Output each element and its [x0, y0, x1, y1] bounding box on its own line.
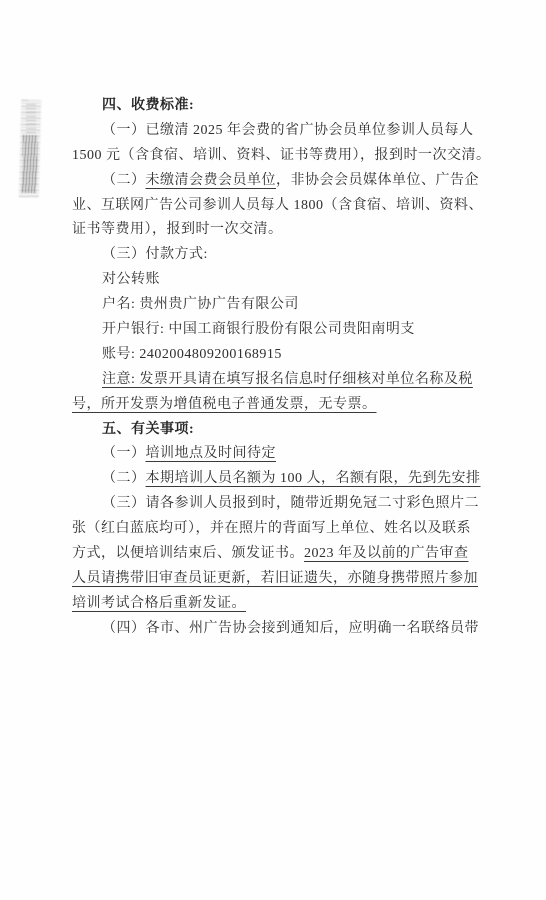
- text-run: 张（红白蓝底均可），并在照片的背面写上单位、姓名以及联系: [72, 521, 471, 536]
- document-line: 业、互联网广告公司参训人员每人 1800（含食宿、培训、资料、: [72, 194, 478, 219]
- document-line: 1500 元（含食宿、培训、资料、证书等费用），报到时一次交清。: [72, 144, 478, 169]
- document-line: 对公转账: [72, 268, 478, 293]
- scan-artifact-smudge-core: [21, 135, 38, 193]
- text-run: 1500 元（含食宿、培训、资料、证书等费用），报到时一次交清。: [72, 148, 491, 163]
- document-line: （一）培训地点及时间待定: [72, 442, 478, 467]
- text-run: （二）: [102, 173, 146, 188]
- section-heading: 五、有关事项:: [72, 418, 478, 443]
- document-line: 方式，以便培训结束后、颁发证书。2023 年及以前的广告审查: [72, 542, 478, 567]
- text-run: 业、互联网广告公司参训人员每人 1800（含食宿、培训、资料、: [72, 198, 483, 213]
- text-run: （三）付款方式:: [102, 247, 208, 262]
- underlined-text: 培训考试合格后重新发证。: [72, 596, 246, 611]
- text-run: （一）已缴清 2025 年会费的省广协会员单位参训人员每人: [102, 123, 474, 138]
- document-line: 人员请携带旧审查员证更新，若旧证遗失，亦随身携带照片参加: [72, 567, 478, 592]
- document-line: 号，所开发票为增值税电子普通发票，无专票。: [72, 393, 478, 418]
- underlined-text: 本期培训人员名额为 100 人，名额有限，先到先安排: [146, 471, 481, 486]
- document-line: 开户银行: 中国工商银行股份有限公司贵阳南明支: [72, 318, 478, 343]
- text-run: 户名: 贵州贵广协广告有限公司: [102, 297, 299, 312]
- document-line: （一）已缴清 2025 年会费的省广协会员单位参训人员每人: [72, 119, 478, 144]
- scan-artifact-smudge-top: [26, 104, 36, 134]
- document-line: 户名: 贵州贵广协广告有限公司: [72, 293, 478, 318]
- text-run: 证书等费用），报到时一次交清。: [72, 222, 283, 237]
- document-line: （四）各市、州广告协会接到通知后，应明确一名联络员带: [72, 617, 478, 642]
- document-line: （二）未缴清会费会员单位，非协会会员媒体单位、广告企: [72, 169, 478, 194]
- text-run: ，非协会会员媒体单位、广告企: [276, 173, 479, 188]
- document-line: （三）请各参训人员报到时，随带近期免冠二寸彩色照片二: [72, 492, 478, 517]
- text-run: 账号: 2402004809200168915: [102, 347, 282, 362]
- text-run: 对公转账: [102, 272, 160, 287]
- text-run: （四）各市、州广告协会接到通知后，应明确一名联络员带: [102, 621, 479, 636]
- underlined-text: 培训地点及时间待定: [146, 446, 277, 461]
- section-heading: 四、收费标准:: [72, 94, 478, 119]
- document-line: 注意: 发票开具请在填写报名信息时仔细核对单位名称及税: [72, 368, 478, 393]
- document-line: （三）付款方式:: [72, 243, 478, 268]
- underlined-text: 注意: 发票开具请在填写报名信息时仔细核对单位名称及税: [102, 372, 473, 387]
- underlined-text: 2023 年及以前的广告审查: [304, 546, 469, 561]
- scanned-page: 四、收费标准:（一）已缴清 2025 年会费的省广协会员单位参训人员每人1500…: [0, 0, 546, 900]
- underlined-text: 未缴清会费会员单位: [146, 173, 277, 188]
- document-line: 张（红白蓝底均可），并在照片的背面写上单位、姓名以及联系: [72, 517, 478, 542]
- text-run: （二）: [102, 471, 146, 486]
- document-line: （二）本期培训人员名额为 100 人，名额有限，先到先安排: [72, 467, 478, 492]
- text-run: 四、收费标准:: [102, 98, 194, 113]
- underlined-text: 人员请携带旧审查员证更新，若旧证遗失，亦随身携带照片参加: [72, 571, 478, 586]
- document-line: 证书等费用），报到时一次交清。: [72, 218, 478, 243]
- text-run: 方式，以便培训结束后、颁发证书。: [72, 546, 304, 561]
- text-run: 开户银行: 中国工商银行股份有限公司贵阳南明支: [102, 322, 415, 337]
- document-line: 培训考试合格后重新发证。: [72, 592, 478, 617]
- document-body: 四、收费标准:（一）已缴清 2025 年会费的省广协会员单位参训人员每人1500…: [72, 94, 478, 642]
- text-run: （三）请各参训人员报到时，随带近期免冠二寸彩色照片二: [102, 496, 479, 511]
- text-run: （一）: [102, 446, 146, 461]
- text-run: 五、有关事项:: [102, 422, 194, 437]
- document-line: 账号: 2402004809200168915: [72, 343, 478, 368]
- underlined-text: 号，所开发票为增值税电子普通发票，无专票。: [72, 397, 377, 412]
